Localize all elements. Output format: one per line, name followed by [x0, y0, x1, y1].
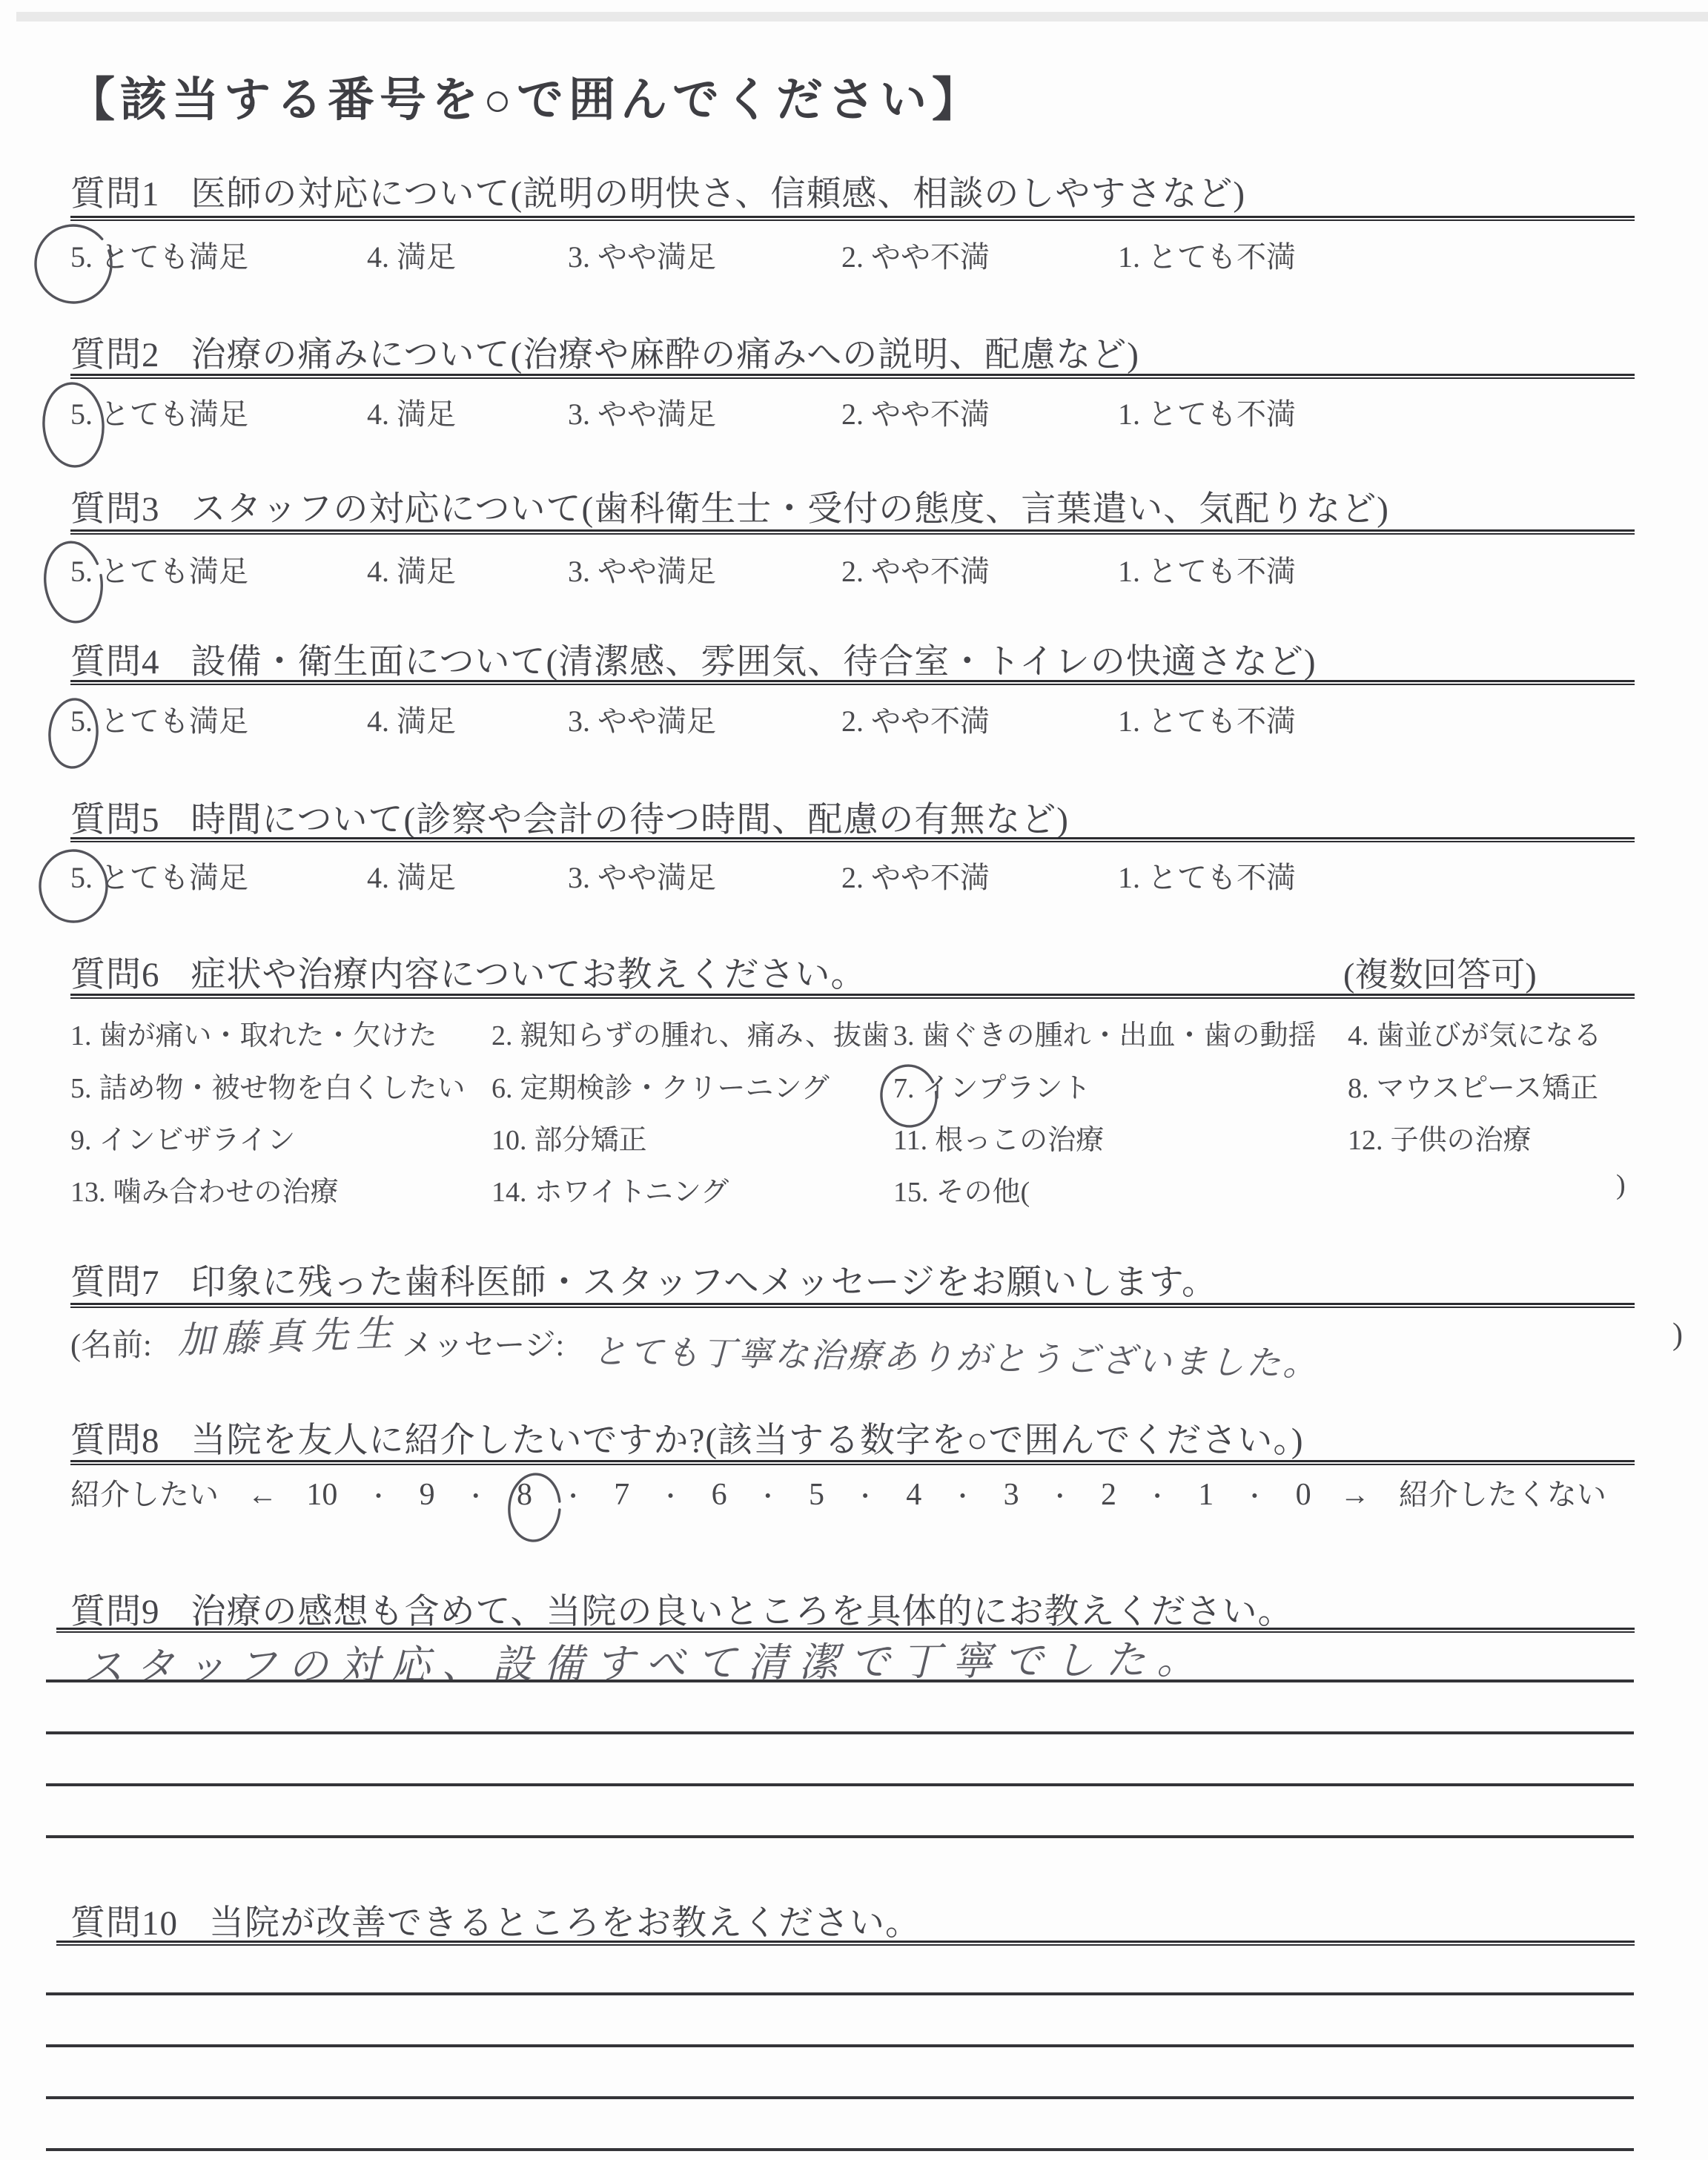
q5-option-2-label: やや不満 — [871, 861, 990, 894]
q5-option-5-label: とても満足 — [100, 861, 248, 894]
q6-option-5-num: 5. — [70, 1073, 92, 1104]
q2-option-5-num: 5. — [70, 397, 93, 431]
q6-option-11: 11.根っこの治療 — [893, 1117, 1104, 1157]
q1-text: 医師の対応について(説明の明快さ、信頼感、相談のしやすさなど) — [191, 175, 1245, 214]
q8-right-label: 紹介したくない — [1399, 1471, 1606, 1513]
q7-message-label: メッセージ: — [402, 1321, 564, 1365]
q6-option-8-label: マウスピース矯正 — [1377, 1073, 1598, 1104]
q6-option-12-label: 子供の治療 — [1391, 1125, 1532, 1156]
q3-option-4: 4.満足 — [367, 548, 456, 590]
q7-name-label: (名前: — [70, 1321, 152, 1365]
q3-option-4-num: 4. — [367, 555, 389, 588]
q8-dot: ・ — [950, 1478, 974, 1512]
q1-option-5-num-wrap: 5. — [70, 240, 93, 274]
q10-text: 当院が改善できるところをお教えください。 — [209, 1904, 921, 1943]
q6-option-9: 9.インビザライン — [70, 1117, 295, 1157]
q4-option-4: 4.満足 — [367, 698, 456, 740]
survey-page: 【該当する番号を○で囲んでください】 質問1医師の対応について(説明の明快さ、信… — [0, 0, 1708, 2160]
q6-row-3: 9.インビザライン 10.部分矯正 11.根っこの治療 12.子供の治療 — [70, 1117, 1638, 1152]
q8-scale-9: 9 — [420, 1477, 435, 1513]
q6-number: 質問6 — [70, 956, 160, 994]
q3-option-2-label: やや不満 — [871, 555, 990, 588]
q8-scale-6: 6 — [712, 1477, 727, 1513]
q8-rule — [70, 1460, 1635, 1465]
q8-dot: ・ — [1145, 1478, 1169, 1512]
q1-option-5-label: とても満足 — [100, 240, 248, 274]
q6-rule — [70, 994, 1635, 999]
q6-header: 質問6症状や治療内容についてお教えください。 — [70, 947, 867, 997]
q4-option-4-num: 4. — [367, 704, 389, 738]
q4-number: 質問4 — [70, 643, 160, 681]
q8-scale-0: 0 — [1296, 1477, 1311, 1513]
q4-text: 設備・衛生面について(清潔感、雰囲気、待合室・トイレの快適さなど) — [191, 643, 1317, 681]
q1-option-1-num: 1. — [1118, 240, 1140, 274]
q6-row-2: 5.詰め物・被せ物を白くしたい 6.定期検診・クリーニング 7. インプラント … — [70, 1065, 1638, 1100]
q3-option-4-label: 満足 — [397, 555, 456, 588]
q5-header: 質問5時間について(診察や会計の待つ時間、配慮の有無など) — [70, 792, 1069, 842]
q6-option-7-selected: 7. インプラント — [893, 1065, 1091, 1106]
q2-number: 質問2 — [70, 336, 160, 374]
q7-header: 質問7印象に残った歯科医師・スタッフへメッセージをお願いします。 — [70, 1255, 1217, 1304]
q3-option-1-num: 1. — [1118, 555, 1140, 588]
q6-note-multiple-answers: (複数回答可) — [1343, 948, 1537, 997]
q1-option-4-label: 満足 — [397, 240, 456, 274]
q8-dot: ・ — [1048, 1478, 1072, 1512]
q6-row-1: 1.歯が痛い・取れた・欠けた 2.親知らずの腫れ、痛み、抜歯 3.歯ぐきの腫れ・… — [70, 1012, 1638, 1048]
q5-number: 質問5 — [70, 801, 160, 839]
q3-option-1-label: とても不満 — [1148, 555, 1296, 588]
q1-option-4-num: 4. — [367, 240, 389, 274]
q9-text: 治療の感想も含めて、当院の良いところを具体的にお教えください。 — [191, 1593, 1294, 1631]
q4-option-5-selected: 5. とても満足 — [70, 698, 248, 740]
q4-option-5-label: とても満足 — [100, 704, 248, 738]
q3-option-2-num: 2. — [841, 555, 864, 588]
q6-other-close-paren: ) — [1616, 1169, 1626, 1201]
q6-option-11-label: 根っこの治療 — [935, 1125, 1104, 1156]
q8-scale-3: 3 — [1004, 1477, 1019, 1513]
q5-option-5-num: 5. — [70, 861, 93, 894]
q5-option-4: 4.満足 — [367, 854, 456, 896]
q8-scale-2: 2 — [1101, 1477, 1116, 1513]
q2-rule — [70, 374, 1635, 379]
q8-scale-8-selected: 8 — [517, 1477, 532, 1513]
q1-header: 質問1医師の対応について(説明の明快さ、信頼感、相談のしやすさなど) — [70, 166, 1245, 216]
q6-option-1: 1.歯が痛い・取れた・欠けた — [70, 1012, 437, 1053]
q4-option-2-num: 2. — [841, 704, 864, 738]
q6-option-9-num: 9. — [70, 1125, 92, 1156]
q2-option-2-num: 2. — [841, 397, 864, 431]
q10-writing-line — [46, 2148, 1634, 2151]
q6-option-6-num: 6. — [491, 1073, 513, 1104]
q6-option-5: 5.詰め物・被せ物を白くしたい — [70, 1065, 466, 1106]
q6-option-13-num: 13. — [70, 1177, 106, 1208]
q3-options: 5. とても満足 4.満足 3.やや満足 2.やや不満 1.とても不満 — [70, 548, 1638, 585]
q2-option-4-num: 4. — [367, 397, 389, 431]
q6-option-2: 2.親知らずの腫れ、痛み、抜歯 — [491, 1012, 890, 1053]
q8-left-label: 紹介したい — [70, 1471, 219, 1513]
q5-text: 時間について(診察や会計の待つ時間、配慮の有無など) — [191, 801, 1069, 839]
q9-answer-handwriting: スタッフの対応、設備すべて清潔で丁寧でした。 — [83, 1628, 1208, 1693]
q6-option-7-num-wrap: 7. — [893, 1072, 915, 1105]
q3-header: 質問3スタッフの対応について(歯科衛生士・受付の態度、言葉遣い、気配りなど) — [70, 481, 1389, 531]
q6-option-13: 13.噛み合わせの治療 — [70, 1169, 339, 1209]
q2-options: 5. とても満足 4.満足 3.やや満足 2.やや不満 1.とても不満 — [70, 391, 1638, 428]
q6-option-9-label: インビザライン — [99, 1125, 296, 1156]
q1-option-2-label: やや不満 — [871, 240, 990, 274]
q1-number: 質問1 — [70, 175, 160, 214]
q6-option-6-label: 定期検診・クリーニング — [520, 1073, 830, 1104]
q6-option-14: 14.ホワイトニング — [491, 1169, 729, 1209]
q1-rule — [70, 216, 1635, 221]
q4-option-2: 2.やや不満 — [841, 698, 990, 740]
q3-option-5-label: とても満足 — [100, 555, 248, 588]
q6-option-1-label: 歯が痛い・取れた・欠けた — [99, 1020, 437, 1051]
q4-option-5-num: 5. — [70, 704, 93, 738]
q4-option-1-label: とても不満 — [1148, 704, 1296, 738]
q2-option-3-num: 3. — [568, 397, 590, 431]
q5-option-2: 2.やや不満 — [841, 854, 990, 896]
q2-option-1: 1.とても不満 — [1118, 391, 1296, 433]
q8-left-arrow: ← — [248, 1477, 277, 1512]
q5-option-5-num-wrap: 5. — [70, 860, 93, 895]
q8-scale-7: 7 — [614, 1477, 629, 1513]
q8-header: 質問8当院を友人に紹介したいですか?(該当する数字を○で囲んでください。) — [70, 1413, 1304, 1462]
q8-dot: ・ — [464, 1478, 488, 1512]
q6-option-6: 6.定期検診・クリーニング — [491, 1065, 830, 1106]
q4-rule — [70, 680, 1635, 685]
q8-dot: ・ — [1242, 1478, 1266, 1512]
q8-dot: ・ — [853, 1478, 877, 1512]
q2-header: 質問2治療の痛みについて(治療や麻酔の痛みへの説明、配慮など) — [70, 327, 1139, 377]
q8-dot: ・ — [756, 1478, 780, 1512]
q2-option-5-num-wrap: 5. — [70, 397, 93, 432]
q1-option-2-num: 2. — [841, 240, 864, 274]
q3-option-1: 1.とても不満 — [1118, 548, 1296, 590]
q1-option-5-selected: 5. とても満足 — [70, 234, 248, 276]
q6-option-7-label: インプラント — [922, 1073, 1091, 1104]
q8-nps-scale: 紹介したい ← 10 ・ 9 ・ 8 ・ 7 ・ 6 ・ 5 ・ 4 ・ 3 ・… — [70, 1471, 1606, 1513]
q7-number: 質問7 — [70, 1264, 160, 1302]
q4-header: 質問4設備・衛生面について(清潔感、雰囲気、待合室・トイレの快適さなど) — [70, 634, 1317, 684]
q6-option-15-other: 15.その他( — [893, 1169, 1030, 1209]
q10-header: 質問10当院が改善できるところをお教えください。 — [70, 1895, 921, 1945]
q6-option-8: 8.マウスピース矯正 — [1348, 1065, 1598, 1106]
q8-dot: ・ — [561, 1478, 585, 1512]
q6-option-10-num: 10. — [491, 1125, 527, 1156]
q3-option-5-num: 5. — [70, 555, 93, 588]
scan-artifact-band — [16, 12, 1708, 22]
q4-option-1-num: 1. — [1118, 704, 1140, 738]
q5-rule — [70, 837, 1635, 842]
q6-option-7-num: 7. — [893, 1073, 915, 1104]
q3-option-3-num: 3. — [568, 555, 590, 588]
page-title: 【該当する番号を○で囲んでください】 — [68, 62, 984, 130]
q4-option-3-num: 3. — [568, 704, 590, 738]
q8-scale-5: 5 — [809, 1477, 824, 1513]
q2-text: 治療の痛みについて(治療や麻酔の痛みへの説明、配慮など) — [191, 336, 1139, 374]
q8-scale-8-num: 8 — [517, 1478, 532, 1512]
q4-option-5-num-wrap: 5. — [70, 704, 93, 739]
q5-option-3-label: やや満足 — [598, 861, 716, 894]
q9-writing-line — [46, 1731, 1634, 1734]
q1-option-4: 4.満足 — [367, 234, 456, 276]
q10-writing-line — [46, 1992, 1634, 1995]
q8-dot: ・ — [658, 1478, 682, 1512]
q4-option-2-label: やや不満 — [871, 704, 990, 738]
q2-option-5-selected: 5. とても満足 — [70, 391, 248, 433]
q9-header: 質問9治療の感想も含めて、当院の良いところを具体的にお教えください。 — [70, 1584, 1294, 1634]
q9-writing-line — [46, 1783, 1634, 1786]
q7-close-paren: ) — [1672, 1317, 1683, 1353]
q4-option-1: 1.とても不満 — [1118, 698, 1296, 740]
q3-option-2: 2.やや不満 — [841, 548, 990, 590]
q1-option-1-label: とても不満 — [1148, 240, 1296, 274]
q5-options: 5. とても満足 4.満足 3.やや満足 2.やや不満 1.とても不満 — [70, 854, 1638, 891]
q8-dot: ・ — [366, 1478, 390, 1512]
q2-option-2-label: やや不満 — [871, 397, 990, 431]
q4-option-3: 3.やや満足 — [568, 698, 716, 740]
handdrawn-circle-q8 — [497, 1466, 572, 1555]
q1-option-1: 1.とても不満 — [1118, 234, 1296, 276]
q10-rule — [56, 1941, 1635, 1946]
q3-number: 質問3 — [70, 490, 160, 529]
q6-text: 症状や治療内容についてお教えください。 — [191, 956, 867, 994]
q8-text: 当院を友人に紹介したいですか?(該当する数字を○で囲んでください。) — [191, 1421, 1304, 1460]
q6-option-3-num: 3. — [893, 1020, 915, 1051]
q6-option-5-label: 詰め物・被せ物を白くしたい — [99, 1073, 466, 1104]
q6-row-4: 13.噛み合わせの治療 14.ホワイトニング 15.その他( ) — [70, 1169, 1638, 1204]
q3-rule — [70, 529, 1635, 535]
q6-option-10-label: 部分矯正 — [534, 1125, 647, 1156]
q7-name-handwriting: 加藤真先生 — [176, 1304, 400, 1364]
q6-option-12-num: 12. — [1348, 1125, 1383, 1156]
q4-option-3-label: やや満足 — [598, 704, 716, 738]
q6-option-10: 10.部分矯正 — [491, 1117, 647, 1157]
q1-option-3: 3.やや満足 — [568, 234, 716, 276]
q2-option-1-num: 1. — [1118, 397, 1140, 431]
q2-option-3: 3.やや満足 — [568, 391, 716, 433]
q5-option-1: 1.とても不満 — [1118, 854, 1296, 896]
q1-option-3-num: 3. — [568, 240, 590, 274]
q5-option-4-label: 満足 — [397, 861, 456, 894]
q2-option-4: 4.満足 — [367, 391, 456, 433]
q6-option-2-label: 親知らずの腫れ、痛み、抜歯 — [520, 1020, 890, 1051]
q3-option-5-num-wrap: 5. — [70, 554, 93, 589]
q2-option-2: 2.やや不満 — [841, 391, 990, 433]
q5-option-1-num: 1. — [1118, 861, 1140, 894]
q6-option-2-num: 2. — [491, 1020, 513, 1051]
q8-scale-4: 4 — [906, 1477, 921, 1513]
q5-option-5-selected: 5. とても満足 — [70, 854, 248, 896]
q5-option-1-label: とても不満 — [1148, 861, 1296, 894]
q4-option-4-label: 満足 — [397, 704, 456, 738]
q8-right-arrow: → — [1340, 1477, 1370, 1512]
q6-option-4: 4.歯並びが気になる — [1348, 1012, 1602, 1053]
q2-option-5-label: とても満足 — [100, 397, 248, 431]
q8-scale-10: 10 — [306, 1477, 337, 1513]
q6-option-11-num: 11. — [893, 1125, 927, 1156]
q6-option-1-num: 1. — [70, 1020, 92, 1051]
q5-option-2-num: 2. — [841, 861, 864, 894]
q6-option-4-label: 歯並びが気になる — [1377, 1020, 1602, 1051]
q1-option-3-label: やや満足 — [598, 240, 716, 274]
q10-writing-line — [46, 2096, 1634, 2099]
q8-scale-1: 1 — [1198, 1477, 1214, 1513]
q6-option-14-num: 14. — [491, 1177, 527, 1208]
q2-option-3-label: やや満足 — [598, 397, 716, 431]
q7-message-handwriting: とても丁寧な治療ありがとうございました。 — [592, 1324, 1320, 1386]
q5-option-4-num: 4. — [367, 861, 389, 894]
q6-option-3-label: 歯ぐきの腫れ・出血・歯の動揺 — [922, 1020, 1317, 1051]
q6-option-15-label: その他( — [936, 1177, 1030, 1208]
q2-option-4-label: 満足 — [397, 397, 456, 431]
q6-option-3: 3.歯ぐきの腫れ・出血・歯の動揺 — [893, 1012, 1317, 1053]
q5-option-3-num: 3. — [568, 861, 590, 894]
q10-writing-line — [46, 2044, 1634, 2047]
q1-option-2: 2.やや不満 — [841, 234, 990, 276]
q6-option-4-num: 4. — [1348, 1020, 1369, 1051]
q2-option-1-label: とても不満 — [1148, 397, 1296, 431]
q3-option-5-selected: 5. とても満足 — [70, 548, 248, 590]
q1-options: 5. とても満足 4.満足 3.やや満足 2.やや不満 1.とても不満 — [70, 234, 1638, 271]
q9-writing-line — [46, 1835, 1634, 1838]
q6-option-14-label: ホワイトニング — [534, 1177, 729, 1208]
q6-option-12: 12.子供の治療 — [1348, 1117, 1532, 1157]
q7-text: 印象に残った歯科医師・スタッフへメッセージをお願いします。 — [191, 1264, 1217, 1302]
q10-number: 質問10 — [70, 1904, 178, 1943]
q8-number: 質問8 — [70, 1421, 160, 1460]
q6-option-15-num: 15. — [893, 1177, 929, 1208]
q1-option-5-num: 5. — [70, 240, 93, 274]
q4-options: 5. とても満足 4.満足 3.やや満足 2.やや不満 1.とても不満 — [70, 698, 1638, 735]
q3-option-3-label: やや満足 — [598, 555, 716, 588]
q9-number: 質問9 — [70, 1593, 160, 1631]
q6-option-8-num: 8. — [1348, 1073, 1369, 1104]
q3-text: スタッフの対応について(歯科衛生士・受付の態度、言葉遣い、気配りなど) — [191, 490, 1389, 529]
q5-option-3: 3.やや満足 — [568, 854, 716, 896]
q9-writing-line — [46, 1680, 1634, 1682]
q6-option-13-label: 噛み合わせの治療 — [113, 1177, 339, 1208]
q3-option-3: 3.やや満足 — [568, 548, 716, 590]
